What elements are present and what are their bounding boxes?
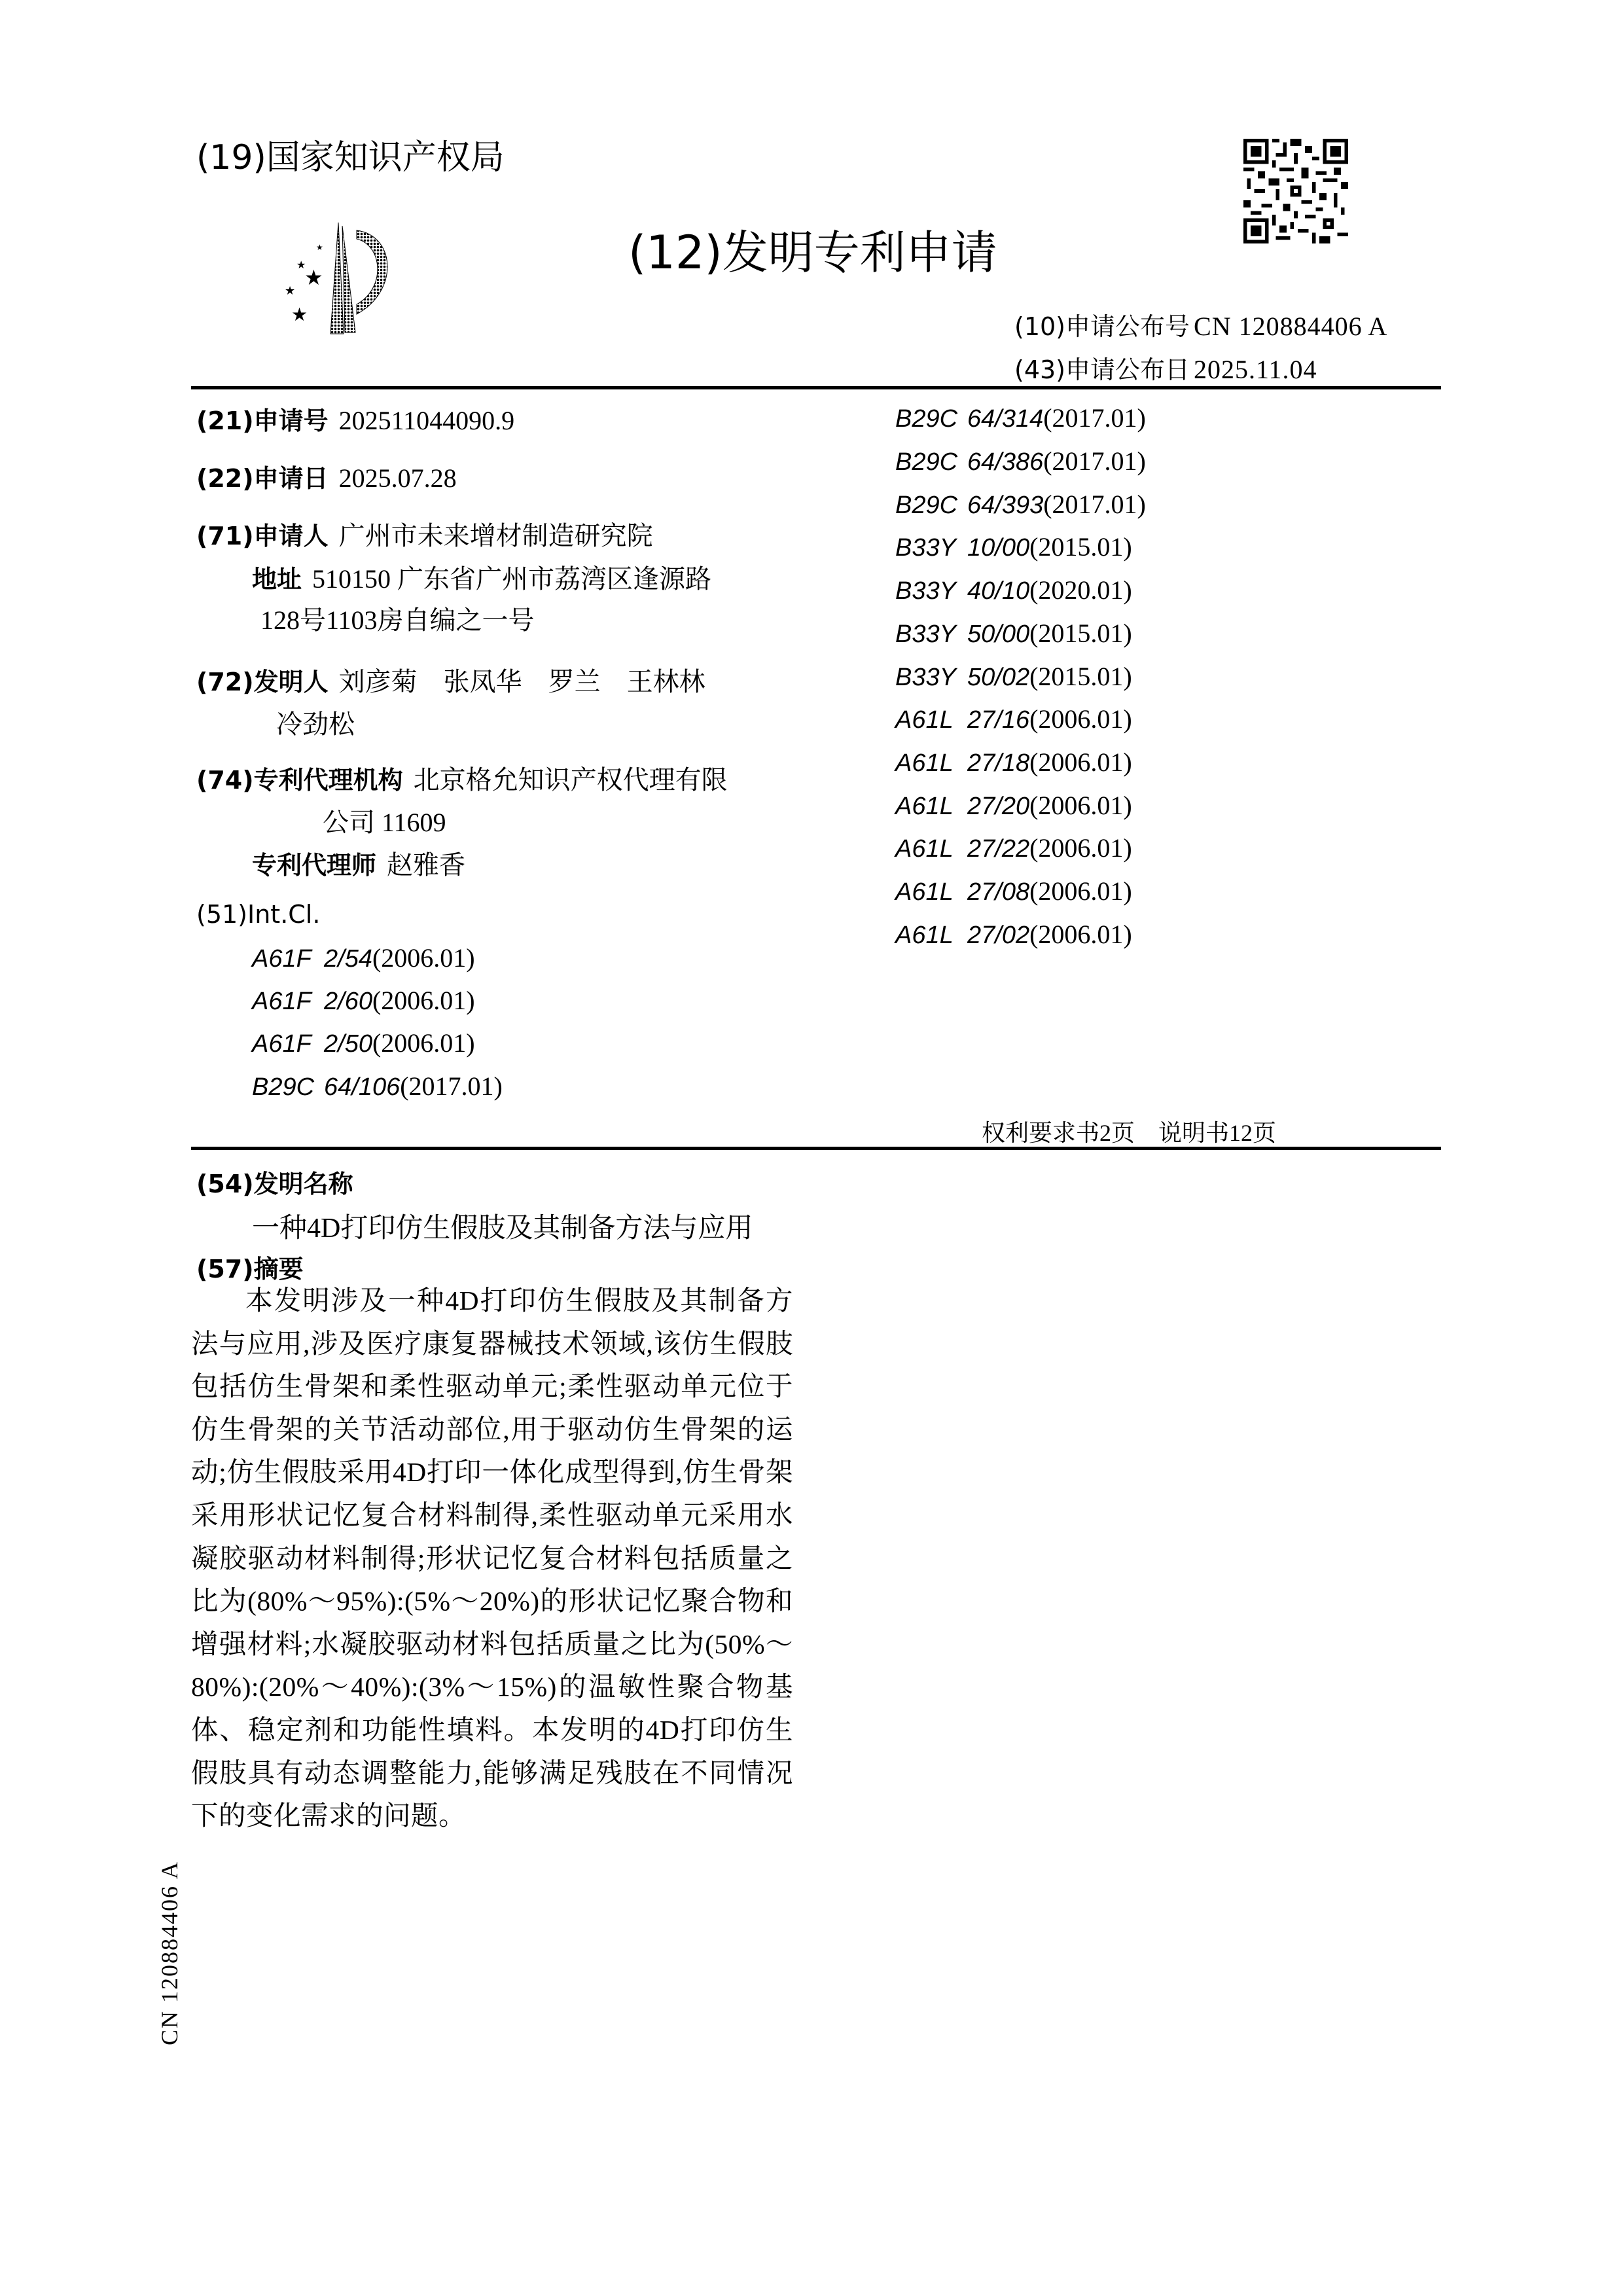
class-group: 64/106 [324, 1073, 400, 1102]
filing-date-label: (22)申请日 [196, 464, 329, 493]
classification-item: A61L27/02(2006.01) [895, 919, 1132, 950]
class-code: B29C [895, 448, 967, 476]
inventors-field: (72)发明人刘彦菊 张凤华 罗兰 王林林 [196, 661, 705, 698]
class-version: (2006.01) [1029, 920, 1132, 949]
svg-text:★: ★ [296, 259, 306, 271]
class-group: 64/393 [967, 492, 1043, 520]
agency-label: (74)专利代理机构 [196, 766, 403, 795]
classification-item: A61L27/16(2006.01) [895, 704, 1132, 734]
publication-number-row: (10)申请公布号CN 120884406 A [1014, 306, 1387, 342]
classification-item: A61F2/60(2006.01) [252, 985, 475, 1016]
class-version: (2006.01) [1029, 876, 1132, 906]
filing-date-field: (22)申请日2025.07.28 [196, 458, 457, 494]
class-group: 27/20 [967, 793, 1029, 821]
classification-item: B29C64/393(2017.01) [895, 489, 1146, 520]
header-divider [191, 386, 1441, 389]
inventors-label: (72)发明人 [196, 668, 329, 696]
class-code: A61L [895, 793, 967, 821]
class-group: 2/60 [324, 988, 372, 1016]
side-publication-number: CN 120884406 A [156, 1861, 183, 2045]
classification-item: A61L27/20(2006.01) [895, 790, 1132, 821]
classification-item: A61F2/54(2006.01) [252, 942, 475, 973]
class-code: A61F [252, 945, 324, 973]
class-version: (2006.01) [1029, 747, 1132, 777]
class-code: B29C [895, 405, 967, 433]
class-group: 2/54 [324, 945, 372, 973]
classification-item: A61L27/08(2006.01) [895, 876, 1132, 906]
applicant-label: (71)申请人 [196, 522, 329, 550]
agency-line-2: 公司 11609 [323, 802, 446, 839]
class-version: (2006.01) [372, 986, 475, 1015]
publication-date-label: (43)申请公布日 [1014, 355, 1190, 384]
agent-label: 专利代理师 [252, 851, 376, 880]
class-code: B33Y [895, 534, 967, 562]
classification-item: A61L27/22(2006.01) [895, 833, 1132, 863]
class-code: B29C [895, 492, 967, 520]
agency-field: (74)专利代理机构北京格允知识产权代理有限 [196, 759, 728, 797]
invention-title: 一种4D打印仿生假肢及其制备方法与应用 [252, 1206, 753, 1246]
class-group: 27/08 [967, 878, 1029, 906]
address-field: 地址510150 广东省广州市荔湾区逢源路 [252, 558, 711, 596]
class-code: B33Y [895, 577, 967, 605]
applicant: 广州市未来增材制造研究院 [339, 521, 653, 550]
class-group: 50/02 [967, 664, 1029, 692]
class-code: A61L [895, 878, 967, 906]
classification-item: B29C64/106(2017.01) [252, 1071, 503, 1102]
applicant-field: (71)申请人广州市未来增材制造研究院 [196, 515, 653, 552]
agent-field: 专利代理师赵雅香 [252, 844, 465, 882]
class-code: A61L [895, 706, 967, 734]
class-version: (2006.01) [372, 943, 475, 973]
class-version: (2006.01) [1029, 833, 1132, 863]
inventors-line-2: 冷劲松 [276, 704, 355, 741]
address-line-2: 128号1103房自编之一号 [260, 600, 535, 637]
class-code: A61F [252, 988, 324, 1016]
class-group: 64/386 [967, 448, 1043, 476]
filing-date: 2025.07.28 [339, 463, 457, 493]
publication-date: 2025.11.04 [1194, 355, 1317, 384]
class-code: B33Y [895, 664, 967, 692]
publication-number-label: (10)申请公布号 [1014, 312, 1190, 341]
class-version: (2015.01) [1029, 619, 1132, 648]
classification-item: B29C64/314(2017.01) [895, 403, 1146, 433]
classification-item: A61L27/18(2006.01) [895, 747, 1132, 778]
class-group: 27/22 [967, 835, 1029, 863]
patent-office-name: (19)国家知识产权局 [196, 130, 505, 179]
application-number: 202511044090.9 [339, 406, 515, 435]
classification-item: B33Y40/10(2020.01) [895, 575, 1132, 605]
svg-text:★: ★ [304, 265, 323, 290]
abstract-text: 本发明涉及一种4D打印仿生假肢及其制备方法与应用,涉及医疗康复器械技术领域,该仿… [191, 1280, 793, 1838]
application-number-field: (21)申请号202511044090.9 [196, 401, 514, 437]
classification-item: B33Y50/02(2015.01) [895, 661, 1132, 692]
inventors-line-1: 刘彦菊 张凤华 罗兰 王林林 [339, 667, 705, 696]
title-label: (54)发明名称 [196, 1170, 353, 1198]
title-section-label: (54)发明名称 [196, 1164, 353, 1200]
class-version: (2015.01) [1029, 532, 1132, 562]
classification-item: A61F2/50(2006.01) [252, 1028, 475, 1058]
application-number-label: (21)申请号 [196, 406, 329, 435]
address-line-1: 510150 广东省广州市荔湾区逢源路 [312, 564, 711, 594]
class-group: 10/00 [967, 534, 1029, 562]
classification-item: B29C64/386(2017.01) [895, 446, 1146, 476]
page-counts: 权利要求书2页 说明书12页 [982, 1115, 1276, 1148]
class-code: A61L [895, 749, 967, 778]
class-group: 2/50 [324, 1030, 372, 1058]
class-group: 40/10 [967, 577, 1029, 605]
classification-item: B33Y50/00(2015.01) [895, 618, 1132, 649]
cnipa-logo-icon: ★ ★ ★ ★ ★ [265, 223, 429, 340]
svg-text:★: ★ [291, 304, 308, 325]
publication-number: CN 120884406 A [1194, 312, 1387, 341]
class-group: 27/18 [967, 749, 1029, 778]
svg-text:★: ★ [285, 284, 295, 298]
class-code: A61L [895, 922, 967, 950]
int-cl-label: (51)Int.Cl. [196, 900, 320, 929]
class-version: (2017.01) [1043, 446, 1146, 476]
agency-line-1: 北京格允知识产权代理有限 [414, 765, 728, 795]
agent: 赵雅香 [387, 850, 465, 880]
class-code: B33Y [895, 620, 967, 649]
qr-code-icon[interactable] [1243, 139, 1348, 243]
publication-date-row: (43)申请公布日2025.11.04 [1014, 350, 1317, 386]
class-version: (2017.01) [1043, 403, 1146, 433]
class-version: (2015.01) [1029, 662, 1132, 691]
class-version: (2017.01) [400, 1071, 503, 1101]
class-version: (2006.01) [1029, 704, 1132, 734]
class-code: A61F [252, 1030, 324, 1058]
class-version: (2020.01) [1029, 575, 1132, 605]
class-version: (2006.01) [372, 1028, 475, 1058]
svg-text:★: ★ [316, 243, 323, 252]
class-group: 27/02 [967, 922, 1029, 950]
section-divider [191, 1147, 1441, 1150]
class-group: 50/00 [967, 620, 1029, 649]
class-group: 64/314 [967, 405, 1043, 433]
class-version: (2017.01) [1043, 490, 1146, 519]
document-type-title: (12)发明专利申请 [628, 216, 997, 282]
class-group: 27/16 [967, 706, 1029, 734]
address-label: 地址 [252, 565, 302, 594]
class-code: B29C [252, 1073, 324, 1102]
class-version: (2006.01) [1029, 791, 1132, 820]
classification-item: B33Y10/00(2015.01) [895, 531, 1132, 562]
class-code: A61L [895, 835, 967, 863]
